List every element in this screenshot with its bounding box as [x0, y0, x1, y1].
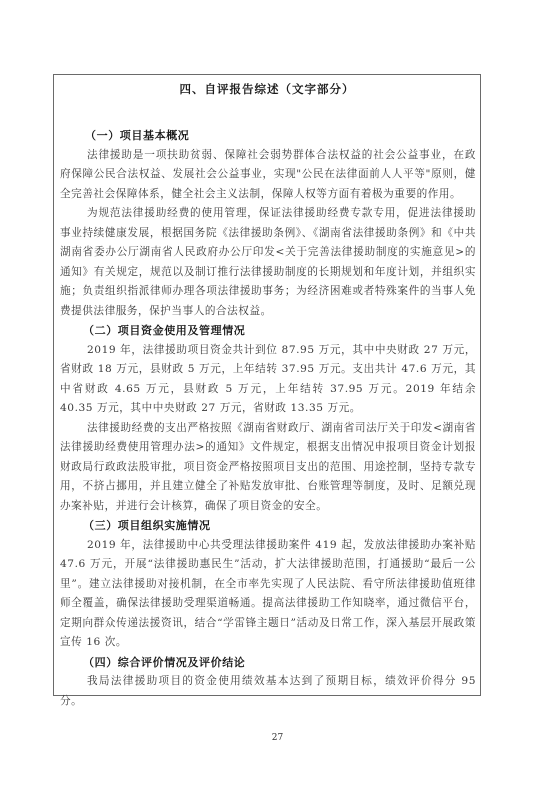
section-title: 四、自评报告综述（文字部分） — [54, 81, 480, 97]
paragraph-funds-2: 法律援助经费的支出严格按照《湖南省财政厅、湖南省司法厅关于印发<湖南省法律援助经… — [60, 419, 476, 517]
paragraph-overview-1: 法律援助是一项扶助贫弱、保障社会弱势群体合法权益的社会公益事业，在政府保障公民合… — [60, 146, 476, 205]
heading-evaluation-conclusion: （四）综合评价情况及评价结论 — [60, 653, 476, 673]
page-number: 27 — [0, 733, 555, 743]
heading-funds-management: （二）项目资金使用及管理情况 — [60, 321, 476, 341]
paragraph-funds-1: 2019 年，法律援助项目资金共计到位 87.95 万元，其中中央财政 27 万… — [60, 341, 476, 419]
report-table-frame: 四、自评报告综述（文字部分） （一）项目基本概况 法律援助是一项扶助贫弱、保障社… — [53, 74, 481, 696]
report-content: （一）项目基本概况 法律援助是一项扶助贫弱、保障社会弱势群体合法权益的社会公益事… — [60, 126, 476, 711]
paragraph-implementation-1: 2019 年，法律援助中心共受理法律援助案件 419 起，发放法律援助办案补贴 … — [60, 536, 476, 653]
heading-project-overview: （一）项目基本概况 — [60, 126, 476, 146]
paragraph-overview-2: 为规范法律援助经费的使用管理，保证法律援助经费专款专用，促进法律援助事业持续健康… — [60, 204, 476, 321]
heading-implementation: （三）项目组织实施情况 — [60, 516, 476, 536]
paragraph-evaluation-1: 我局法律援助项目的资金使用绩效基本达到了预期目标，绩效评价得分 95 分。 — [60, 672, 476, 711]
